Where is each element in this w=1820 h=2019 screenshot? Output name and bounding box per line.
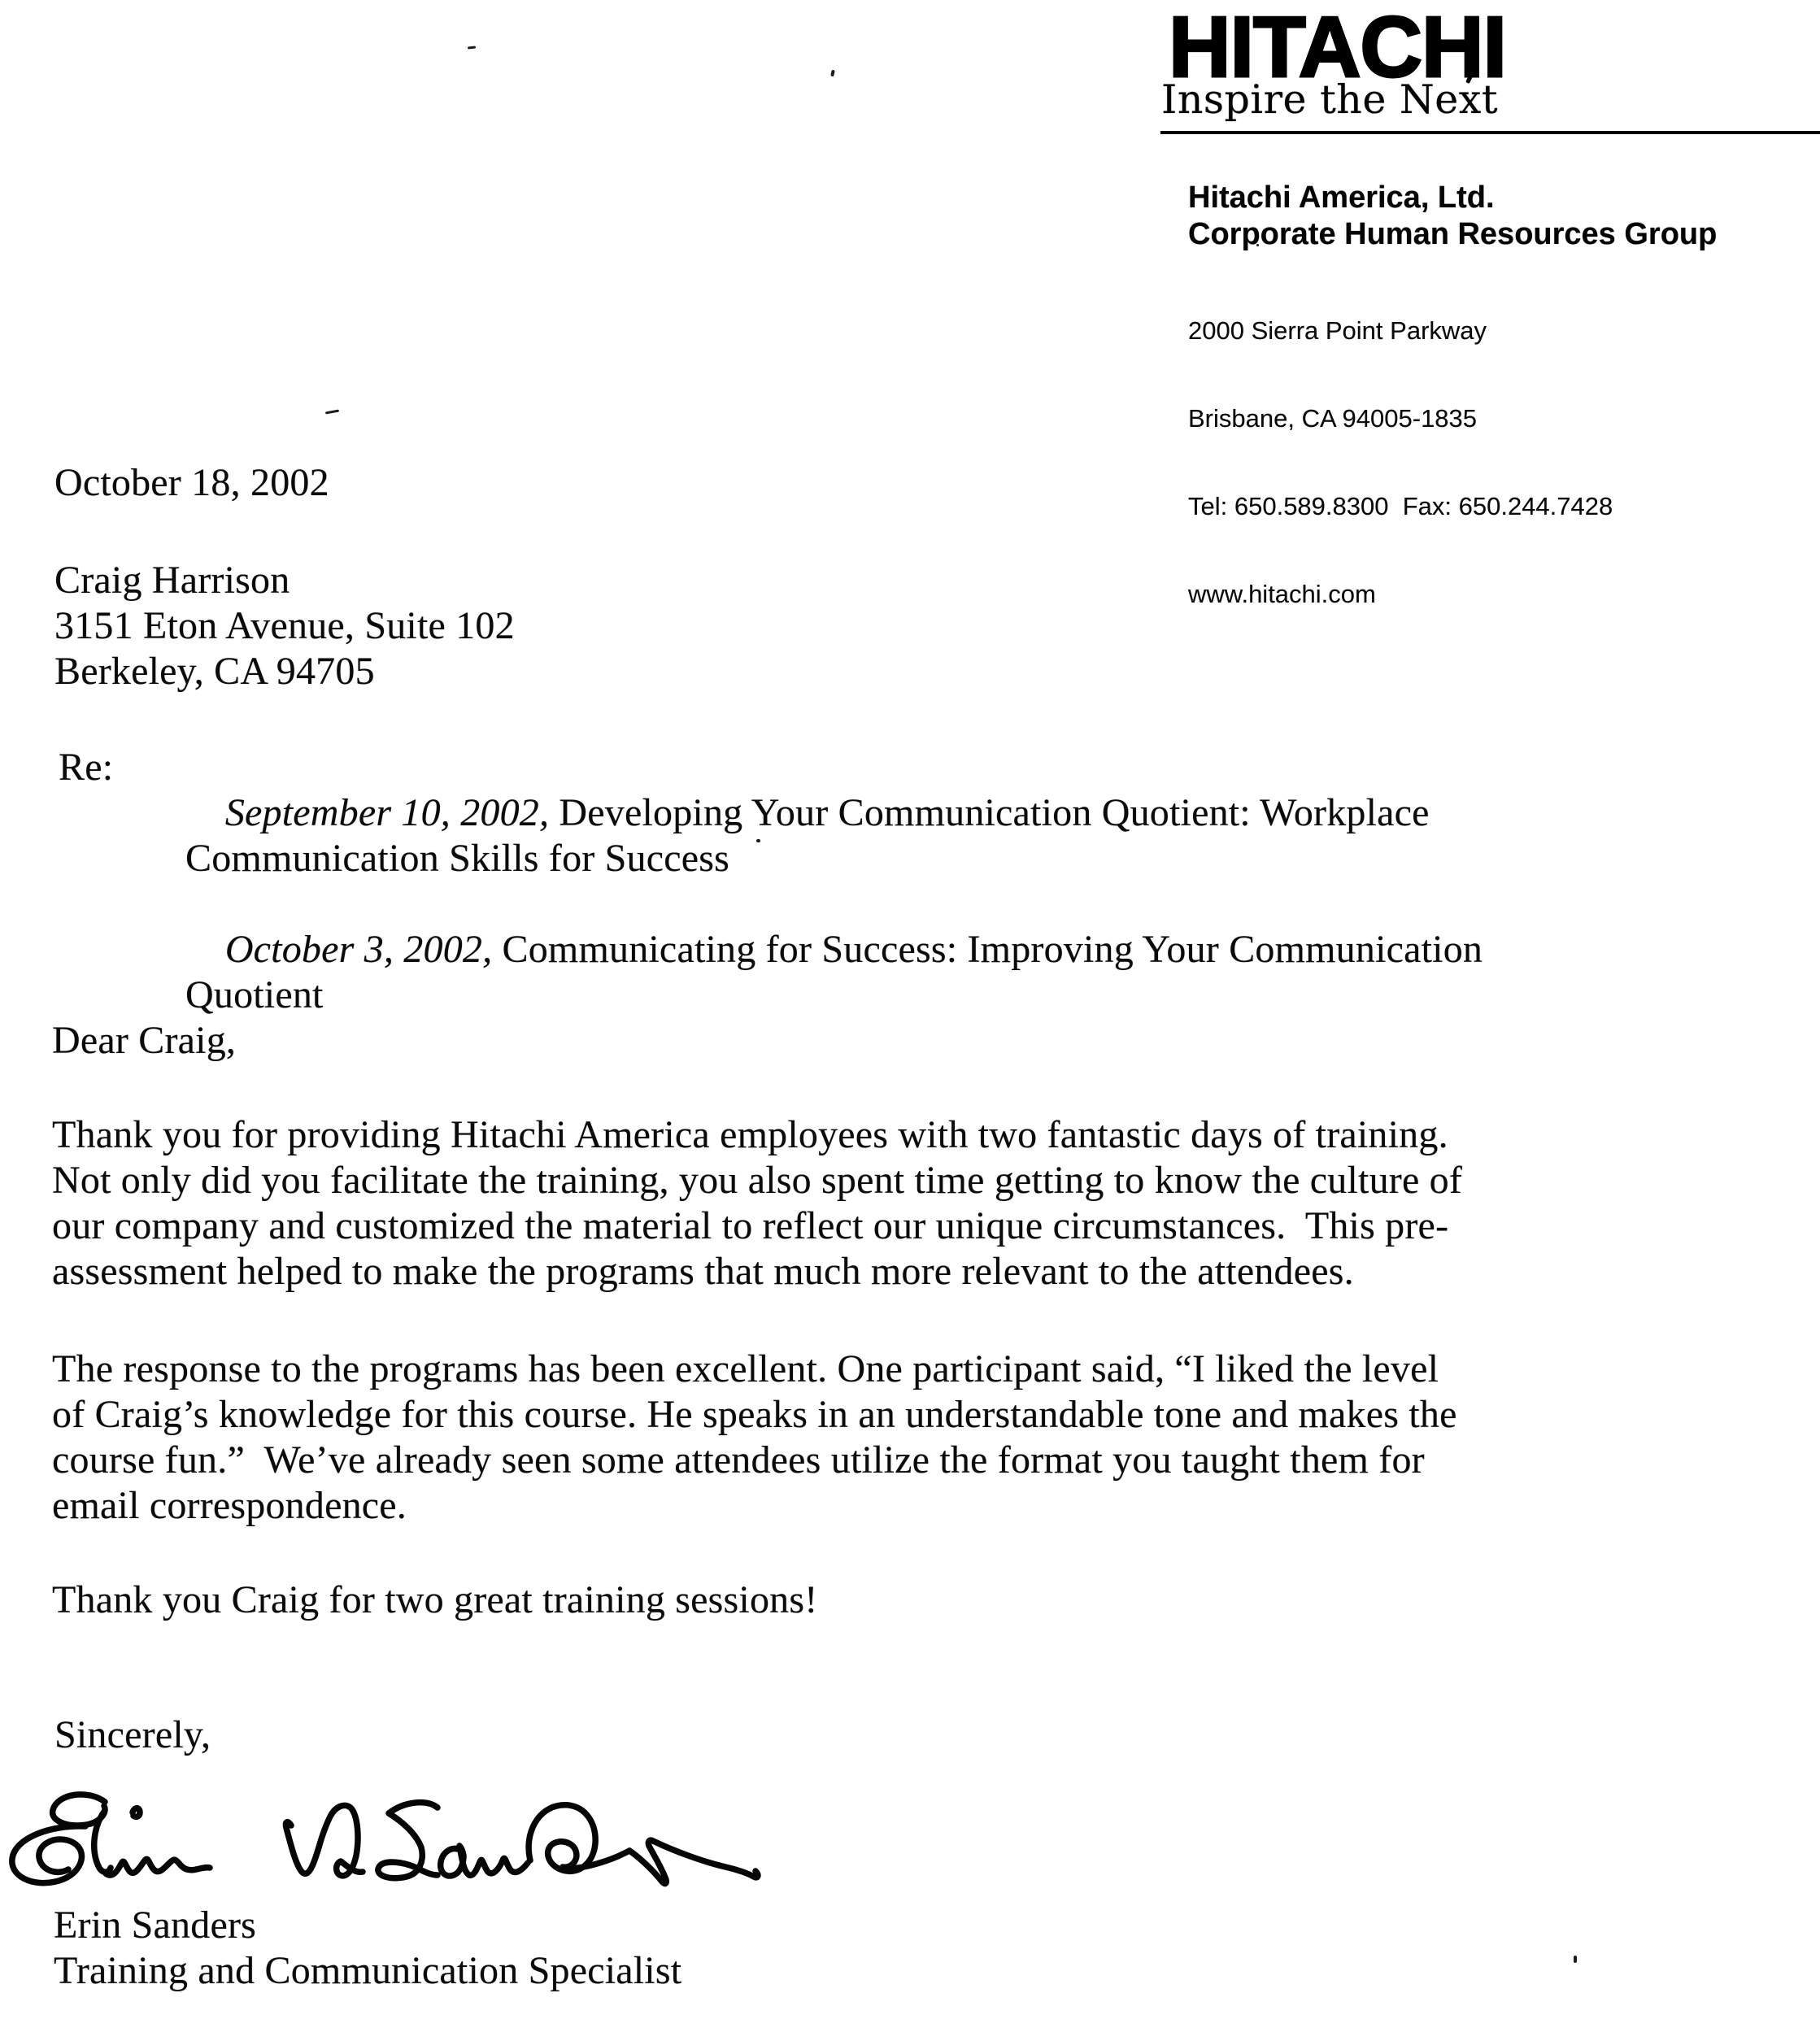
signature-stroke — [441, 1846, 469, 1876]
re-label: Re: — [59, 745, 113, 790]
scan-artifact — [468, 46, 476, 49]
signature-stroke — [529, 1805, 629, 1872]
letterhead-address-block: 2000 Sierra Point Parkway Brisbane, CA 9… — [1188, 258, 1613, 668]
recipient-address: Craig Harrison 3151 Eton Avenue, Suite 1… — [54, 558, 515, 694]
signature-stroke — [629, 1840, 758, 1883]
scan-artifact — [325, 410, 339, 415]
re-subject-2-date: October 3, 2002, — [225, 928, 493, 971]
letter-date: October 18, 2002 — [54, 460, 329, 506]
phone-fax-line: Tel: 650.589.8300 Fax: 650.244.7428 — [1188, 492, 1613, 521]
letterhead-rule — [1160, 131, 1820, 134]
salutation: Dear Craig, — [52, 1018, 236, 1064]
signature-stroke — [378, 1803, 438, 1878]
scan-artifact — [1574, 1956, 1577, 1963]
address-city: Brisbane, CA 94005-1835 — [1188, 404, 1613, 433]
hitachi-logo: HITACHI — [1169, 7, 1506, 88]
letterhead-company-block: Hitachi America, Ltd. Corporate Human Re… — [1188, 180, 1717, 253]
address-street: 2000 Sierra Point Parkway — [1188, 316, 1613, 346]
re-subject-2: October 3, 2002, Communicating for Succe… — [185, 881, 1779, 1064]
scan-artifact — [756, 839, 760, 842]
signature-stroke — [469, 1858, 528, 1875]
scan-artifact — [1256, 244, 1259, 246]
scanned-letter-page: HITACHI Inspire the Next Hitachi America… — [0, 0, 1820, 2019]
closing: Sincerely, — [54, 1712, 211, 1758]
signature-stroke — [12, 1826, 85, 1883]
signature-stroke — [106, 1859, 210, 1875]
website-line: www.hitachi.com — [1188, 580, 1613, 609]
department-name: Corporate Human Resources Group — [1188, 216, 1717, 253]
body-paragraph-1: Thank you for providing Hitachi America … — [52, 1112, 1727, 1295]
handwritten-signature — [7, 1786, 763, 1893]
signer-name: Erin Sanders — [54, 1903, 256, 1948]
body-paragraph-2: The response to the programs has been ex… — [52, 1347, 1727, 1529]
company-name: Hitachi America, Ltd. — [1188, 180, 1717, 216]
scan-artifact — [830, 70, 835, 77]
hitachi-tagline: Inspire the Next — [1161, 78, 1498, 122]
re-subject-1-date: September 10, 2002, — [225, 791, 549, 834]
signature-stroke — [94, 1812, 111, 1872]
signer-title: Training and Communication Specialist — [54, 1948, 681, 1994]
signature-stroke — [285, 1805, 363, 1876]
body-paragraph-3: Thank you Craig for two great training s… — [52, 1577, 1727, 1623]
signature-stroke — [133, 1808, 140, 1817]
